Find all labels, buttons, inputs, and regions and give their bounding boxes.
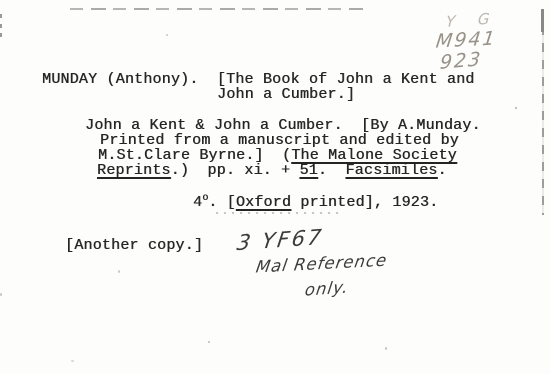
body-line-4-plain-3: . bbox=[437, 162, 446, 179]
scan-speckle bbox=[208, 341, 210, 343]
left-edge-mark bbox=[0, 24, 2, 28]
body-line-4-plain-2: . bbox=[318, 162, 346, 179]
ink-shelfmark-line-3: only. bbox=[304, 277, 350, 299]
format-statement: 4 bbox=[193, 194, 202, 211]
body-line-2: Printed from a manuscript and edited by bbox=[100, 133, 459, 148]
ink-shelfmark-line-2: Mal Reference bbox=[255, 250, 389, 276]
facsimiles-underlined: Facsimiles bbox=[345, 162, 437, 179]
imprint-plain-2: printed], 1923. bbox=[291, 194, 438, 211]
left-edge-mark bbox=[0, 14, 2, 18]
body-line-3: M.St.Clare Byrne.] (The Malone Society bbox=[98, 148, 457, 163]
heading-author-title-line-2: John a Cumber.] bbox=[217, 87, 355, 102]
imprint-line: 4o. [Oxford printed], 1923. bbox=[193, 191, 438, 210]
scan-speckle bbox=[118, 270, 120, 273]
scan-speckle bbox=[385, 347, 387, 350]
faint-dotted-artifact bbox=[216, 212, 338, 214]
heading-author-title-line-1: MUNDAY (Anthony). [The Book of John a Ke… bbox=[42, 72, 474, 87]
body-line-1: John a Kent & John a Cumber. [By A.Munda… bbox=[85, 118, 481, 133]
imprint-place-underlined: Oxford bbox=[236, 194, 291, 211]
card-right-edge-line-cap bbox=[541, 9, 544, 32]
card-top-edge-line bbox=[70, 8, 363, 10]
scan-speckle bbox=[515, 107, 517, 109]
series-title-underlined-continued: Reprints bbox=[97, 162, 171, 179]
scan-speckle bbox=[71, 360, 74, 362]
left-edge-mark bbox=[0, 33, 2, 37]
ink-shelfmark-line-1: 3 YF67 bbox=[235, 225, 325, 255]
another-copy-note: [Another copy.] bbox=[65, 238, 203, 253]
card-right-edge-line bbox=[542, 9, 544, 215]
catalog-card-scan: Y G M941 923 MUNDAY (Anthony). [The Book… bbox=[0, 0, 550, 374]
scan-speckle bbox=[0, 293, 2, 296]
imprint-plain-1: . [ bbox=[208, 194, 236, 211]
page-count-underlined: 51 bbox=[299, 162, 317, 179]
body-line-4-plain-1: .) pp. xi. + bbox=[171, 162, 300, 179]
body-line-4: Reprints.) pp. xi. + 51. Facsimiles. bbox=[97, 163, 447, 178]
scan-speckle bbox=[166, 34, 168, 36]
